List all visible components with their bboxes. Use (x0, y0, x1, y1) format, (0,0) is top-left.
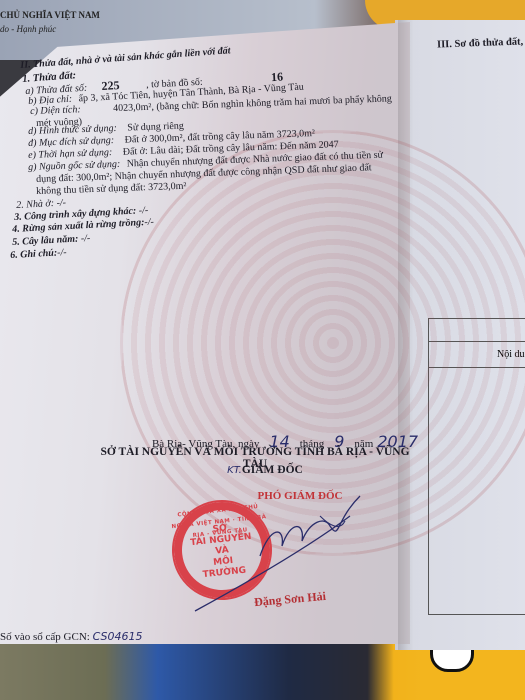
header-line-2: do - Hạnh phúc (0, 22, 100, 36)
underlying-page-header: CHỦ NGHĨA VIỆT NAM do - Hạnh phúc (0, 8, 100, 36)
use-form-value: Sử dụng riêng (127, 121, 184, 134)
kt-prefix: KT. (227, 465, 242, 476)
kt-line: KT.GIÁM ĐỐC (225, 460, 305, 478)
gcn-registry: Số vào sổ cấp GCN: CS04615 (0, 630, 142, 643)
header-line-1: CHỦ NGHĨA VIỆT NAM (0, 8, 100, 22)
kt-title: GIÁM ĐỐC (242, 464, 303, 476)
area-label: c) Diện tích: (30, 104, 81, 117)
gcn-value: CS04615 (93, 630, 143, 643)
gcn-label: Số vào sổ cấp GCN: (0, 631, 90, 643)
